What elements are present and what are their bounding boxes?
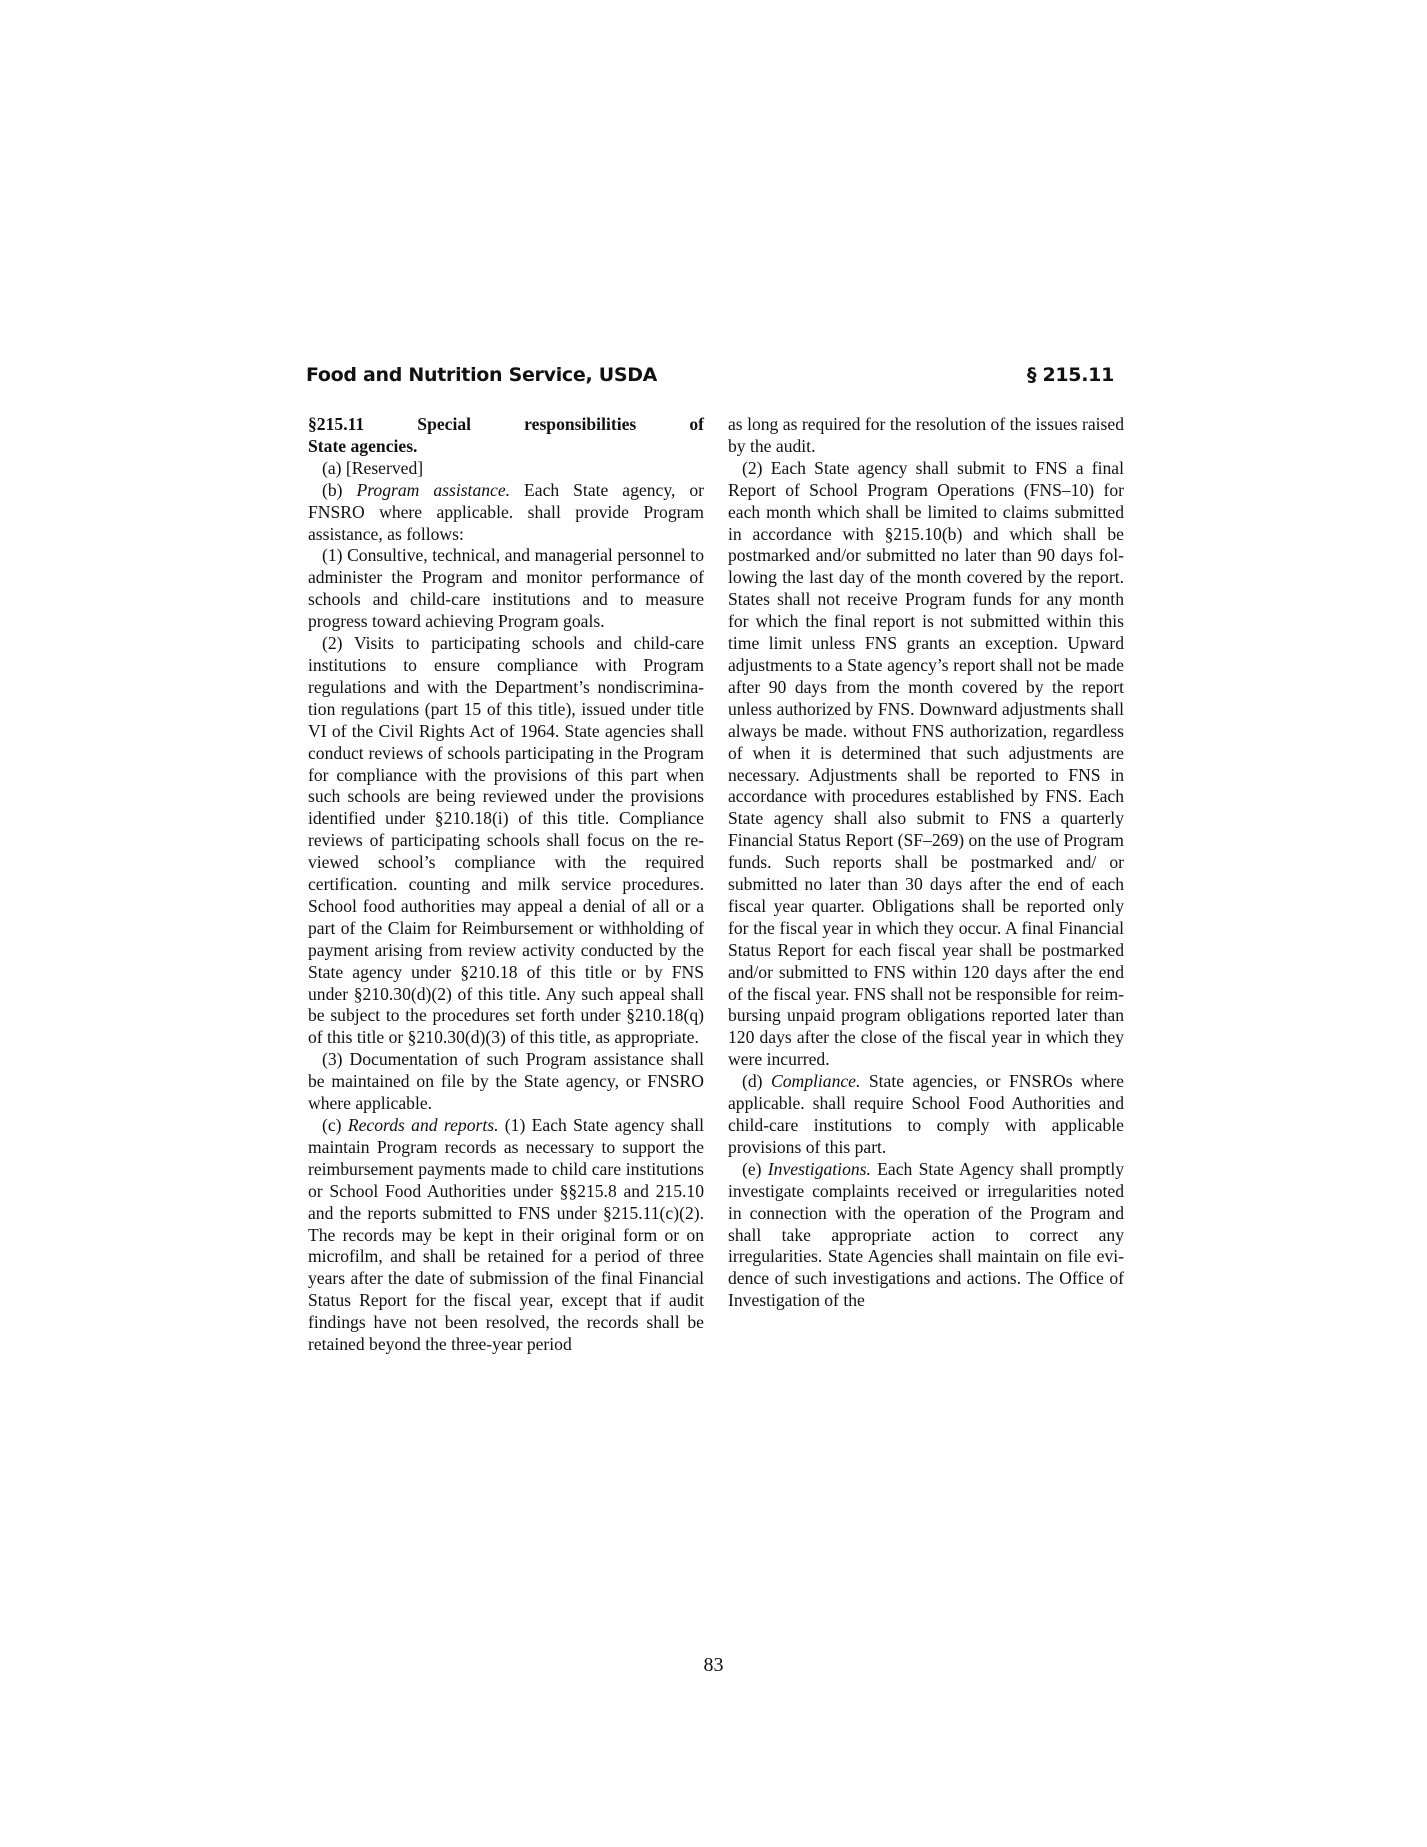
header-agency: Food and Nutrition Service, USDA (306, 364, 657, 386)
paragraph-a: (a) [Reserved] (308, 458, 704, 480)
paragraph-c2: (2) Each State agency shall submit to FN… (728, 458, 1124, 1071)
left-column: §215.11 Special responsibilities of Stat… (308, 414, 704, 1356)
paragraph-d: (d) Compliance. State agencies, or FNSRO… (728, 1071, 1124, 1159)
page-number: 83 (0, 1654, 1427, 1677)
paragraph-b-heading: Program assistance. (356, 480, 510, 500)
paragraph-c1-continued: as long as required for the resolution o… (728, 414, 1124, 458)
paragraph-b2: (2) Visits to participating schools and … (308, 633, 704, 1049)
paragraph-b: (b) Program assistance. Each State agenc… (308, 480, 704, 546)
paragraph-b1: (1) Consultive, technical, and mana­geri… (308, 545, 704, 633)
paragraph-b3: (3) Documentation of such Program assist… (308, 1049, 704, 1115)
paragraph-e-heading: Investigations. (768, 1159, 871, 1179)
running-header: Food and Nutrition Service, USDA § 215.1… (306, 364, 1114, 392)
paragraph-c-heading: Records and reports. (348, 1115, 499, 1135)
right-column: as long as required for the resolution o… (728, 414, 1124, 1312)
paragraph-d-heading: Compliance. (771, 1071, 860, 1091)
paragraph-e: (e) Investigations. Each State Agency sh… (728, 1159, 1124, 1312)
paragraph-c: (c) Records and reports. (1) Each State … (308, 1115, 704, 1356)
section-title: §215.11 Special responsibilities of Stat… (308, 414, 704, 458)
header-section-ref: § 215.11 (1027, 364, 1114, 386)
